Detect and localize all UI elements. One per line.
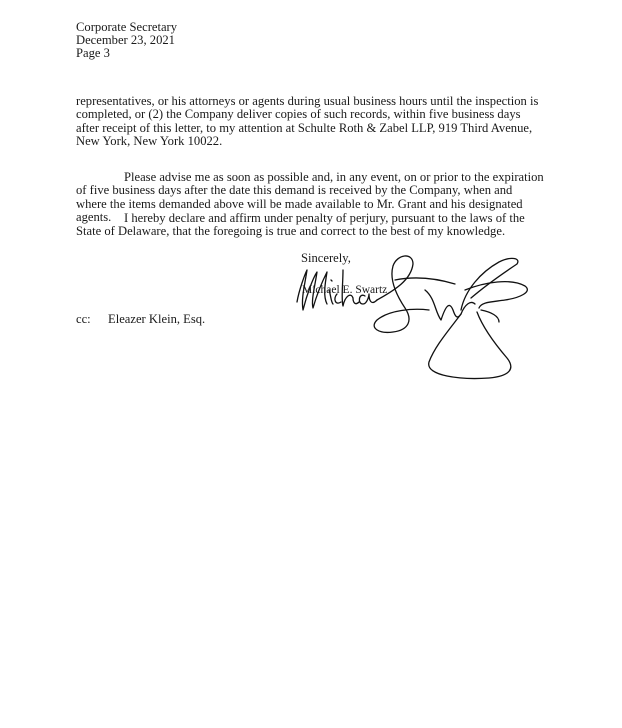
signature-icon [285,250,535,385]
cc-recipient: Eleazer Klein, Esq. [108,312,205,327]
signer-name: Michael E. Swartz [302,284,387,296]
cc-label: cc: [76,312,91,327]
page-number: Page 3 [76,47,177,60]
letter-header: Corporate Secretary December 23, 2021 Pa… [76,21,177,61]
paragraph-records-delivery: representatives, or his attorneys or age… [76,95,546,149]
paragraph-declaration: I hereby declare and affirm under penalt… [76,212,546,239]
